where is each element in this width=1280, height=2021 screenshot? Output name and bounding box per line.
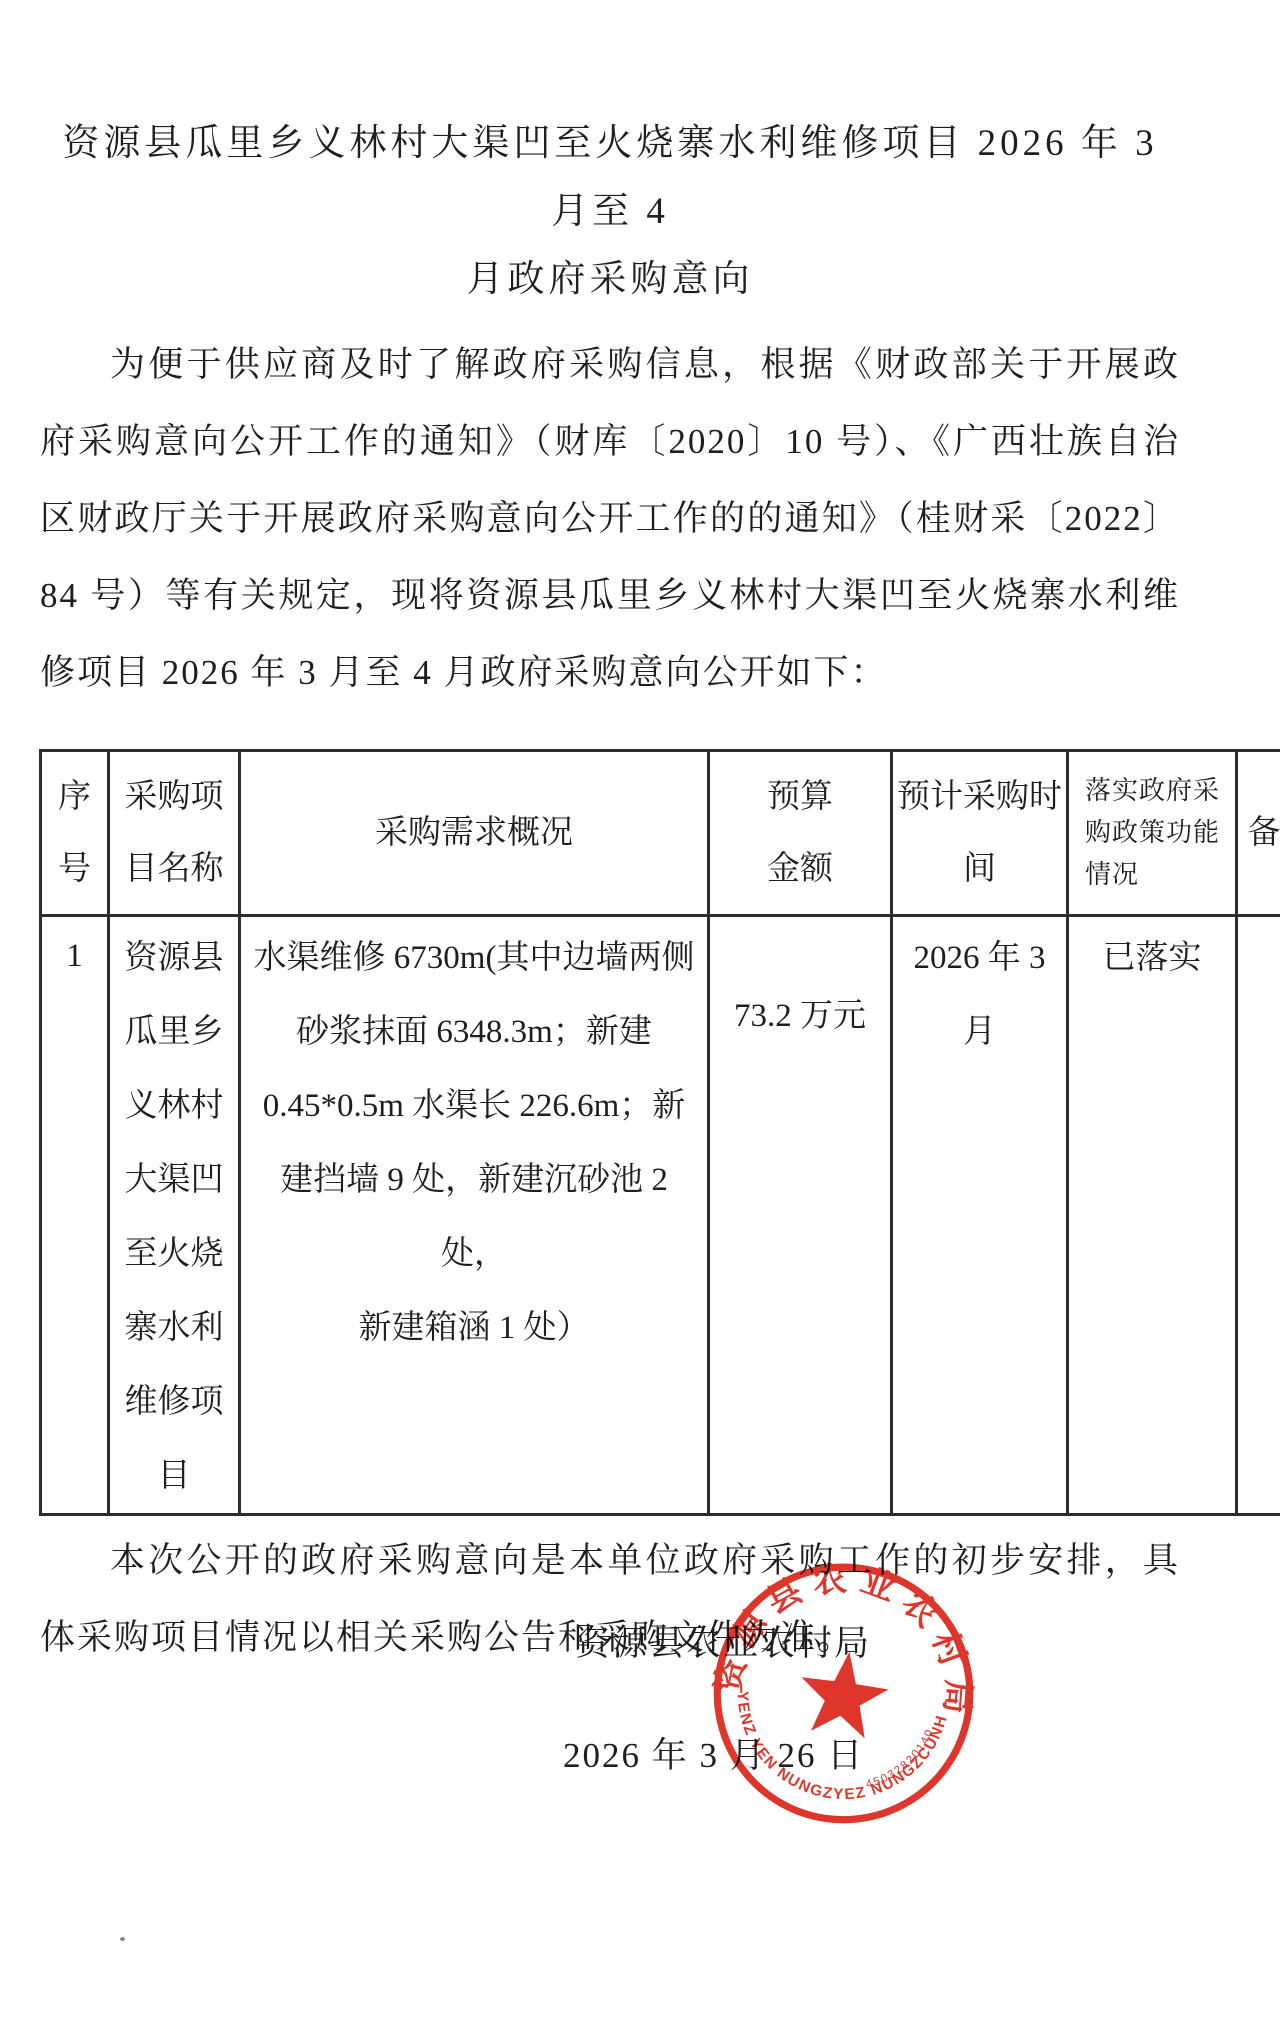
project-name-line: 至火烧 xyxy=(110,1217,238,1291)
procurement-table: 序 号 采购项 目名称 采购需求概况 预算 金额 预计采购时 间 落实政府采购政… xyxy=(39,749,1280,1516)
star-icon xyxy=(794,1646,893,1741)
demand-line: 砂浆抹面 6348.3m；新建 xyxy=(247,995,701,1069)
time-line: 月 xyxy=(893,995,1066,1069)
project-name-line: 义林村 xyxy=(110,1069,238,1143)
intro-paragraph: 为便于供应商及时了解政府采购信息，根据《财政部关于开展政府采购意向公开工作的通知… xyxy=(40,326,1180,711)
header-budget-line: 预算 xyxy=(710,761,890,833)
header-seq-line: 号 xyxy=(42,833,107,905)
procurement-document: 资源县瓜里乡义林村大渠凹至火烧寨水利维修项目 2026 年 3 月至 4 月政府… xyxy=(0,0,1280,1676)
project-name-line: 寨水利 xyxy=(110,1291,238,1365)
cell-remark xyxy=(1237,916,1280,1515)
header-seq-line: 序 xyxy=(42,761,107,833)
header-project-name: 采购项 目名称 xyxy=(109,751,240,916)
document-title: 资源县瓜里乡义林村大渠凹至火烧寨水利维修项目 2026 年 3 月至 4 月政府… xyxy=(40,110,1180,314)
cell-budget: 73.2 万元 xyxy=(709,916,892,1515)
project-name-line: 目 xyxy=(110,1439,238,1513)
header-time-line: 间 xyxy=(893,833,1066,905)
header-demand: 采购需求概况 xyxy=(240,751,709,916)
project-name-line: 大渠凹 xyxy=(110,1143,238,1217)
header-seq: 序 号 xyxy=(41,751,109,916)
cell-time: 2026 年 3 月 xyxy=(892,916,1068,1515)
header-time: 预计采购时 间 xyxy=(892,751,1068,916)
header-budget: 预算 金额 xyxy=(709,751,892,916)
header-remark: 备注 xyxy=(1237,751,1280,916)
time-line: 2026 年 3 xyxy=(893,921,1066,995)
header-project-name-line: 目名称 xyxy=(110,833,238,905)
cell-seq: 1 xyxy=(41,916,109,1515)
cell-project-name: 资源县 瓜里乡 义林村 大渠凹 至火烧 寨水利 维修项 目 xyxy=(109,916,240,1515)
project-name-line: 瓜里乡 xyxy=(110,995,238,1069)
official-stamp: 资源县农业农村局 SWHYENZ YEN NUNGZYEZ NUNGZCUNH … xyxy=(690,1540,997,1847)
demand-line: 建挡墙 9 处，新建沉砂池 2 处， xyxy=(247,1143,701,1291)
scan-noise-dot xyxy=(120,1937,125,1941)
demand-line: 水渠维修 6730m(其中边墙两侧 xyxy=(247,921,701,995)
demand-line: 新建箱涵 1 处） xyxy=(247,1291,701,1365)
table-row: 1 资源县 瓜里乡 义林村 大渠凹 至火烧 寨水利 维修项 目 水渠维修 673… xyxy=(41,916,1280,1515)
cell-demand: 水渠维修 6730m(其中边墙两侧 砂浆抹面 6348.3m；新建 0.45*0… xyxy=(240,916,709,1515)
header-time-line: 预计采购时 xyxy=(893,761,1066,833)
title-line-1: 资源县瓜里乡义林村大渠凹至火烧寨水利维修项目 2026 年 3 月至 4 xyxy=(40,110,1180,246)
header-project-name-line: 采购项 xyxy=(110,761,238,833)
title-line-2: 月政府采购意向 xyxy=(40,246,1180,314)
demand-line: 0.45*0.5m 水渠长 226.6m；新 xyxy=(247,1069,701,1143)
header-budget-line: 金额 xyxy=(710,833,890,905)
project-name-line: 资源县 xyxy=(110,921,238,995)
table-header-row: 序 号 采购项 目名称 采购需求概况 预算 金额 预计采购时 间 落实政府采购政… xyxy=(41,751,1280,916)
header-policy: 落实政府采购政策功能情况 xyxy=(1068,751,1237,916)
cell-policy: 已落实 xyxy=(1068,916,1237,1515)
project-name-line: 维修项 xyxy=(110,1365,238,1439)
